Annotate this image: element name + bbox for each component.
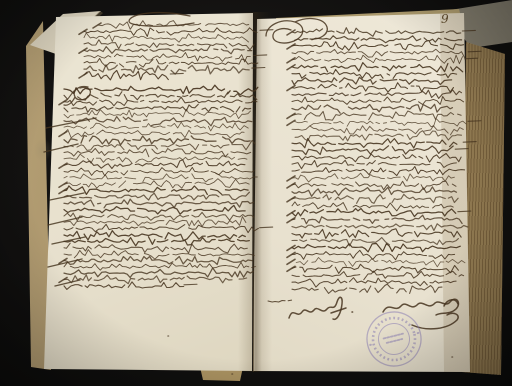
- gutter-crease: [253, 120, 254, 372]
- page-number: 9: [441, 12, 457, 28]
- gutter-shadow: [238, 12, 272, 372]
- manuscript-photo: 9: [0, 0, 512, 386]
- ink-smudge: [34, 138, 52, 162]
